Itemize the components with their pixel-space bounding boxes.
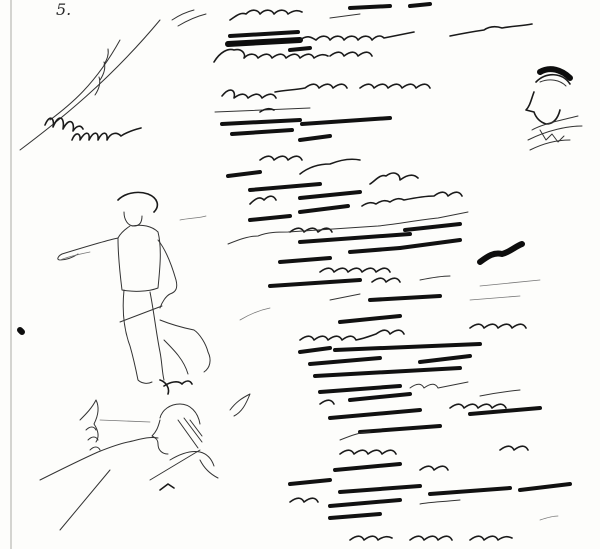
text-block-middle (228, 130, 540, 300)
margin-scribbles (20, 10, 206, 150)
stray-marks (20, 252, 250, 416)
text-block-bottom (240, 308, 570, 540)
sketch-profile-bottom-left (150, 381, 218, 490)
manuscript-page: 5. (0, 0, 600, 549)
sketch-hand-bottom-left (40, 400, 158, 530)
sketch-standing-figure (58, 192, 210, 394)
text-block-top (214, 4, 532, 124)
sketch-profile-top-right (526, 69, 582, 150)
ink-drawing (0, 0, 600, 549)
